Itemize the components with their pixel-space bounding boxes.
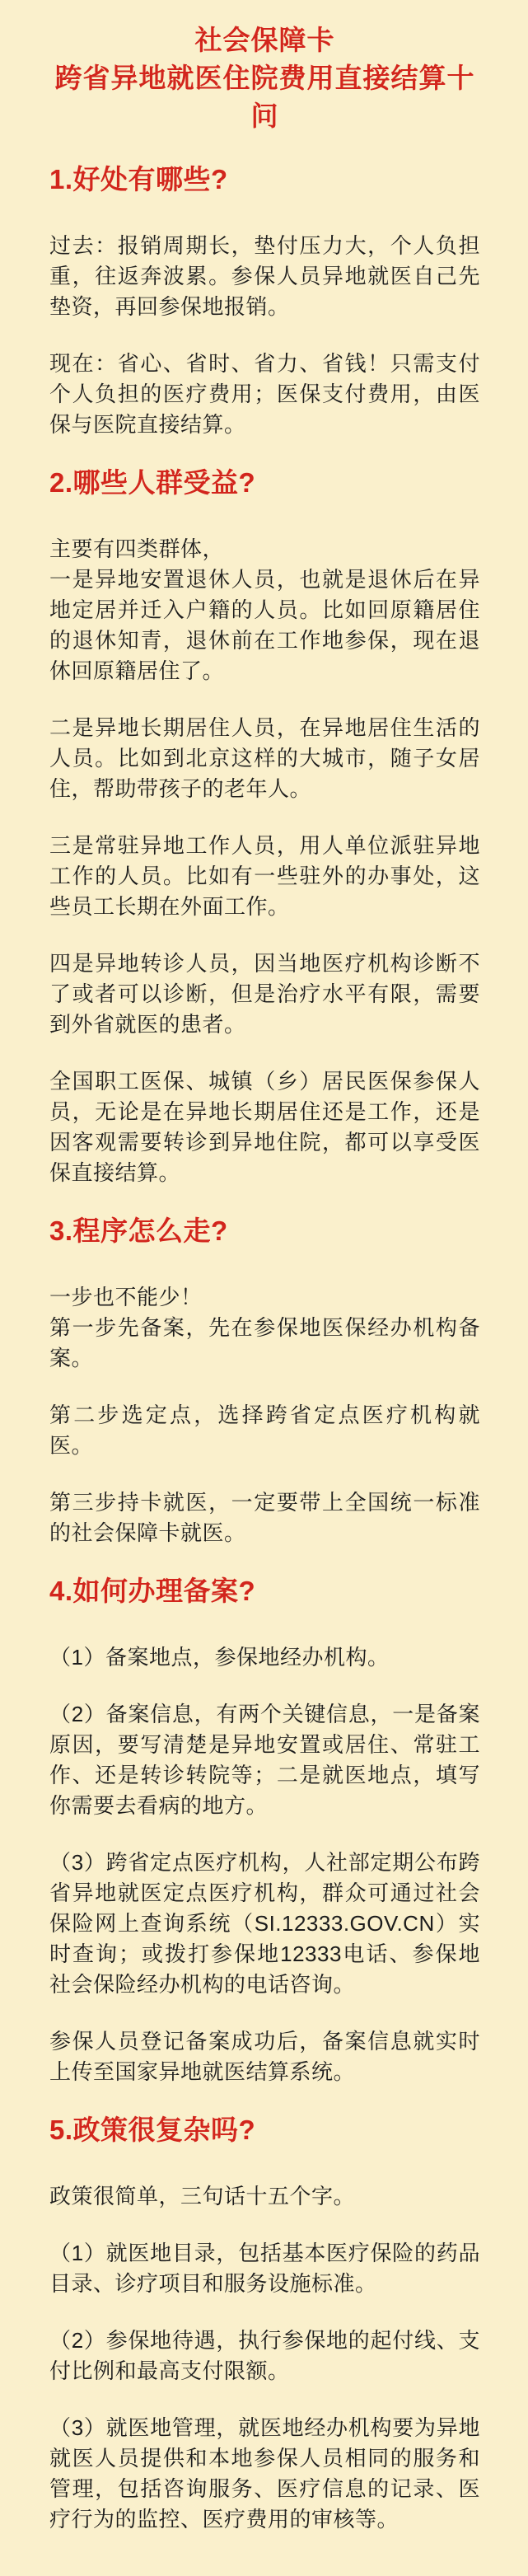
paragraph: 三是常驻异地工作人员，用人单位派驻异地工作的人员。比如有一些驻外的办事处，这些员… <box>49 831 480 922</box>
paragraph: 一步也不能少！ 第一步先备案，先在参保地医保经办机构备案。 <box>49 1282 480 1374</box>
section-heading: 4.如何办理备案? <box>49 1575 480 1608</box>
doc-header: 社会保障卡 跨省异地就医住院费用直接结算十问 <box>49 21 480 135</box>
paragraph: 主要有四类群体， 一是异地安置退休人员，也就是退休后在异地定居并迁入户籍的人员。… <box>49 534 480 686</box>
paragraph: （2）参保地待遇，执行参保地的起付线、支付比例和最高支付限额。 <box>49 2325 480 2386</box>
paragraph: 第二步选定点，选择跨省定点医疗机构就医。 <box>49 1400 480 1461</box>
section-heading: 1.好处有哪些? <box>49 163 480 196</box>
paragraph: （1）就医地目录，包括基本医疗保险的药品目录、诊疗项目和服务设施标准。 <box>49 2238 480 2299</box>
page-title-line1: 社会保障卡 <box>49 21 480 59</box>
paragraph: 政策很简单，三句话十五个字。 <box>49 2181 480 2212</box>
paragraph: 现在：省心、省时、省力、省钱！只需支付个人负担的医疗费用；医保支付费用，由医保与… <box>49 349 480 440</box>
paragraph: 四是异地转诊人员，因当地医疗机构诊断不了或者可以诊断，但是治疗水平有限，需要到外… <box>49 948 480 1040</box>
paragraph: （2）备案信息，有两个关键信息，一是备案原因，要写清楚是异地安置或居住、常驻工作… <box>49 1699 480 1821</box>
section-heading: 3.程序怎么走? <box>49 1215 480 1248</box>
section-heading: 2.哪些人群受益? <box>49 466 480 499</box>
paragraph: 过去：报销周期长，垫付压力大，个人负担重，往返奔波累。参保人员异地就医自己先垫资… <box>49 231 480 322</box>
article-body: 1.好处有哪些?过去：报销周期长，垫付压力大，个人负担重，往返奔波累。参保人员异… <box>49 163 480 2535</box>
paragraph: 第三步持卡就医，一定要带上全国统一标准的社会保障卡就医。 <box>49 1487 480 1548</box>
page-title-line2: 跨省异地就医住院费用直接结算十问 <box>49 59 480 135</box>
paragraph: 参保人员登记备案成功后，备案信息就实时上传至国家异地就医结算系统。 <box>49 2026 480 2087</box>
paragraph: （3）就医地管理，就医地经办机构要为异地就医人员提供和本地参保人员相同的服务和管… <box>49 2413 480 2535</box>
paragraph: 全国职工医保、城镇（乡）居民医保参保人员，无论是在异地长期居住还是工作，还是因客… <box>49 1066 480 1188</box>
section-heading: 5.政策很复杂吗? <box>49 2114 480 2147</box>
paragraph: 二是异地长期居住人员，在异地居住生活的人员。比如到北京这样的大城市，随子女居住，… <box>49 713 480 804</box>
paragraph: （1）备案地点，参保地经办机构。 <box>49 1642 480 1673</box>
paragraph: （3）跨省定点医疗机构，人社部定期公布跨省异地就医定点医疗机构，群众可通过社会保… <box>49 1848 480 2000</box>
infographic-page: 社会保障卡 跨省异地就医住院费用直接结算十问 1.好处有哪些?过去：报销周期长，… <box>0 0 528 2576</box>
